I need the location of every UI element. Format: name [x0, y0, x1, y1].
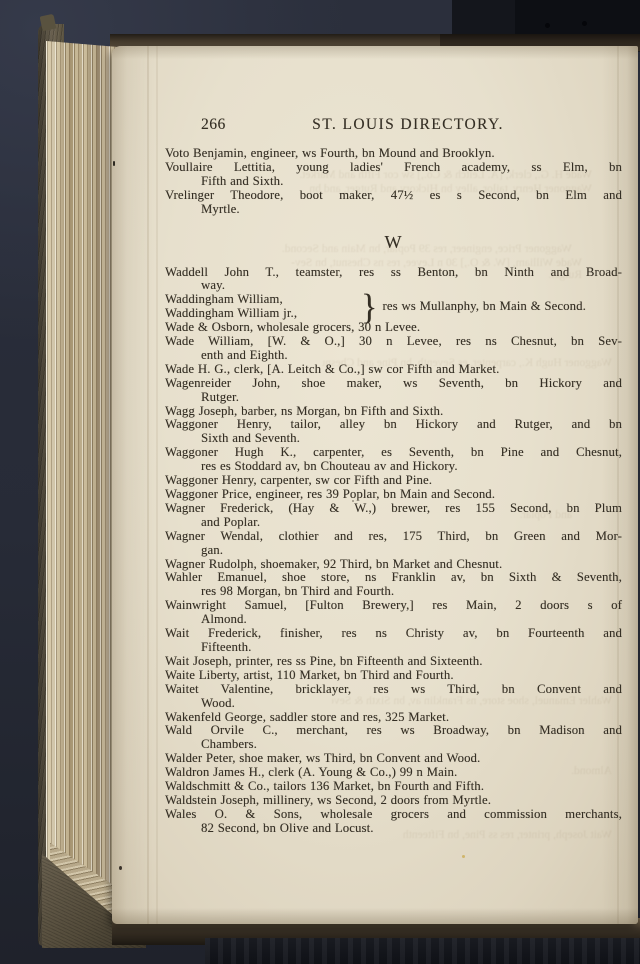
directory-entry: Waitet Valentine, bricklayer, res ws Thi…: [165, 683, 622, 711]
entry-line: Myrtle.: [165, 203, 622, 217]
entry-line: Wainwright Samuel, [Fulton Brewery,] res…: [165, 599, 622, 613]
page-number: 266: [201, 116, 226, 134]
entry-line: Wagenreider John, shoe maker, ws Seventh…: [165, 377, 622, 391]
stacked-page-edges: [46, 32, 118, 940]
entry-line: 82 Second, bn Olive and Locust.: [165, 822, 622, 836]
entry-line: Walder Peter, shoe maker, ws Third, bn C…: [165, 752, 622, 766]
entry-line: Wagg Joseph, barber, ns Morgan, bn Fifth…: [165, 405, 622, 419]
entry-line: Waggoner Hugh K., carpenter, es Seventh,…: [165, 446, 622, 460]
entry-line: res 98 Morgan, bn Third and Fourth.: [165, 585, 622, 599]
brace-group-shared-text: res ws Mullanphy, bn Main & Second.: [382, 300, 622, 314]
w-section-entries-after-brace: Wade & Osborn, wholesale grocers, 30 n L…: [165, 321, 622, 836]
directory-page: Wade H. G., clerk, [A. Leitch & Co.,] sw…: [112, 46, 638, 924]
directory-entry: Wagner Frederick, (Hay & W.,) brewer, re…: [165, 502, 622, 530]
entry-line: Wade H. G., clerk, [A. Leitch & Co.,] sw…: [165, 363, 622, 377]
stain-dot: [462, 855, 465, 858]
directory-entry: Wade William, [W. & O.,] 30 n Levee, res…: [165, 335, 622, 363]
entry-line: Wales O. & Sons, wholesale grocers and c…: [165, 808, 622, 822]
entry-line: Waldron James H., clerk (A. Young & Co.,…: [165, 766, 622, 780]
entry-line: Waddingham William jr.,: [165, 307, 361, 321]
directory-entry: Waldron James H., clerk (A. Young & Co.,…: [165, 766, 622, 780]
entry-line: Wagner Frederick, (Hay & W.,) brewer, re…: [165, 502, 622, 516]
entry-line: Wagner Wendal, clothier and res, 175 Thi…: [165, 530, 622, 544]
entry-line: gan.: [165, 544, 622, 558]
entry-line: Waddingham William,: [165, 293, 361, 307]
entry-line: Wald Orvile C., merchant, res ws Broadwa…: [165, 724, 622, 738]
entry-line: Waite Liberty, artist, 110 Market, bn Th…: [165, 669, 622, 683]
directory-entry: Waggoner Henry, tailor, alley bn Hickory…: [165, 418, 622, 446]
book-cover-frayed-corner: [40, 14, 57, 32]
directory-entry: Wait Frederick, finisher, res ns Christy…: [165, 627, 622, 655]
directory-entry: Waddell John T., teamster, res ss Benton…: [165, 266, 622, 294]
directory-entry: Wales O. & Sons, wholesale grocers and c…: [165, 808, 622, 836]
dirt-speck: [352, 500, 354, 502]
entry-line: and Poplar.: [165, 516, 622, 530]
entry-line: Wood.: [165, 697, 622, 711]
entry-line: Fifteenth.: [165, 641, 622, 655]
entry-line: Waldstein Joseph, millinery, ws Second, …: [165, 794, 622, 808]
entry-line: Waitet Valentine, bricklayer, res ws Thi…: [165, 683, 622, 697]
directory-entry: Wade H. G., clerk, [A. Leitch & Co.,] sw…: [165, 363, 622, 377]
v-section-entries: Voto Benjamin, engineer, ws Fourth, bn M…: [165, 147, 622, 217]
directory-entry: Wahler Emanuel, shoe store, ns Franklin …: [165, 571, 622, 599]
entry-line: Almond.: [165, 613, 622, 627]
brace-group-entry: Waddingham William, Waddingham William j…: [165, 293, 622, 321]
directory-entry: Wald Orvile C., merchant, res ws Broadwa…: [165, 724, 622, 752]
entry-line: res es Stoddard av, bn Chouteau av and H…: [165, 460, 622, 474]
entry-line: Wakenfeld George, saddler store and res,…: [165, 711, 622, 725]
entry-line: Waddell John T., teamster, res ss Benton…: [165, 266, 622, 280]
directory-entry: Wakenfeld George, saddler store and res,…: [165, 711, 622, 725]
entry-line: Waggoner Henry, carpenter, sw cor Fifth …: [165, 474, 622, 488]
entry-line: Waggoner Henry, tailor, alley bn Hickory…: [165, 418, 622, 432]
directory-entry: Waggoner Hugh K., carpenter, es Seventh,…: [165, 446, 622, 474]
entry-line: way.: [165, 279, 622, 293]
directory-entry: Walder Peter, shoe maker, ws Third, bn C…: [165, 752, 622, 766]
directory-entry: Voullaire Lettitia, young ladies' French…: [165, 161, 622, 189]
entry-line: Wait Joseph, printer, res ss Pine, bn Fi…: [165, 655, 622, 669]
dirt-speck: [113, 161, 115, 166]
directory-entry: Wagg Joseph, barber, ns Morgan, bn Fifth…: [165, 405, 622, 419]
directory-entry: Waldstein Joseph, millinery, ws Second, …: [165, 794, 622, 808]
directory-entry: Wagner Wendal, clothier and res, 175 Thi…: [165, 530, 622, 558]
w-section-entries-before-brace: Waddell John T., teamster, res ss Benton…: [165, 266, 622, 294]
directory-entry: Waggoner Henry, carpenter, sw cor Fifth …: [165, 474, 622, 488]
right-brace-icon: }: [361, 293, 382, 321]
page-header: 266 ST. LOUIS DIRECTORY.: [112, 116, 638, 136]
entry-line: Wade & Osborn, wholesale grocers, 30 n L…: [165, 321, 622, 335]
entry-line: Voullaire Lettitia, young ladies' French…: [165, 161, 622, 175]
entry-line: Wagner Rudolph, shoemaker, 92 Third, bn …: [165, 558, 622, 572]
directory-entry: Wade & Osborn, wholesale grocers, 30 n L…: [165, 321, 622, 335]
entry-line: Rutger.: [165, 391, 622, 405]
clamp-screw: [582, 21, 587, 26]
section-letter-w: W: [165, 217, 622, 266]
directory-entry: Waggoner Price, engineer, res 39 Poplar,…: [165, 488, 622, 502]
scanned-book-photo: Wade H. G., clerk, [A. Leitch & Co.,] sw…: [0, 0, 640, 964]
entry-line: Sixth and Seventh.: [165, 432, 622, 446]
directory-text-block: Voto Benjamin, engineer, ws Fourth, bn M…: [165, 147, 622, 836]
directory-entry: Vrelinger Theodore, boot maker, 47½ es s…: [165, 189, 622, 217]
brace-group-names: Waddingham William, Waddingham William j…: [165, 293, 361, 321]
entry-line: Voto Benjamin, engineer, ws Fourth, bn M…: [165, 147, 622, 161]
directory-entry: Waldschmitt & Co., tailors 136 Market, b…: [165, 780, 622, 794]
entry-line: Chambers.: [165, 738, 622, 752]
directory-entry: Wagenreider John, shoe maker, ws Seventh…: [165, 377, 622, 405]
entry-line: Wait Frederick, finisher, res ns Christy…: [165, 627, 622, 641]
dirt-speck: [119, 866, 122, 870]
entry-line: Fifth and Sixth.: [165, 175, 622, 189]
clamp-screw: [545, 23, 550, 28]
directory-entry: Voto Benjamin, engineer, ws Fourth, bn M…: [165, 147, 622, 161]
directory-entry: Wagner Rudolph, shoemaker, 92 Third, bn …: [165, 558, 622, 572]
directory-entry: Wainwright Samuel, [Fulton Brewery,] res…: [165, 599, 622, 627]
entry-line: Waggoner Price, engineer, res 39 Poplar,…: [165, 488, 622, 502]
book-fore-edge-bottom: [205, 938, 640, 964]
entry-line: Vrelinger Theodore, boot maker, 47½ es s…: [165, 189, 622, 203]
entry-line: Wade William, [W. & O.,] 30 n Levee, res…: [165, 335, 622, 349]
entry-line: Waldschmitt & Co., tailors 136 Market, b…: [165, 780, 622, 794]
directory-entry: Wait Joseph, printer, res ss Pine, bn Fi…: [165, 655, 622, 669]
running-title: ST. LOUIS DIRECTORY.: [312, 116, 504, 134]
entry-line: Wahler Emanuel, shoe store, ns Franklin …: [165, 571, 622, 585]
directory-entry: Waite Liberty, artist, 110 Market, bn Th…: [165, 669, 622, 683]
entry-line: enth and Eighth.: [165, 349, 622, 363]
